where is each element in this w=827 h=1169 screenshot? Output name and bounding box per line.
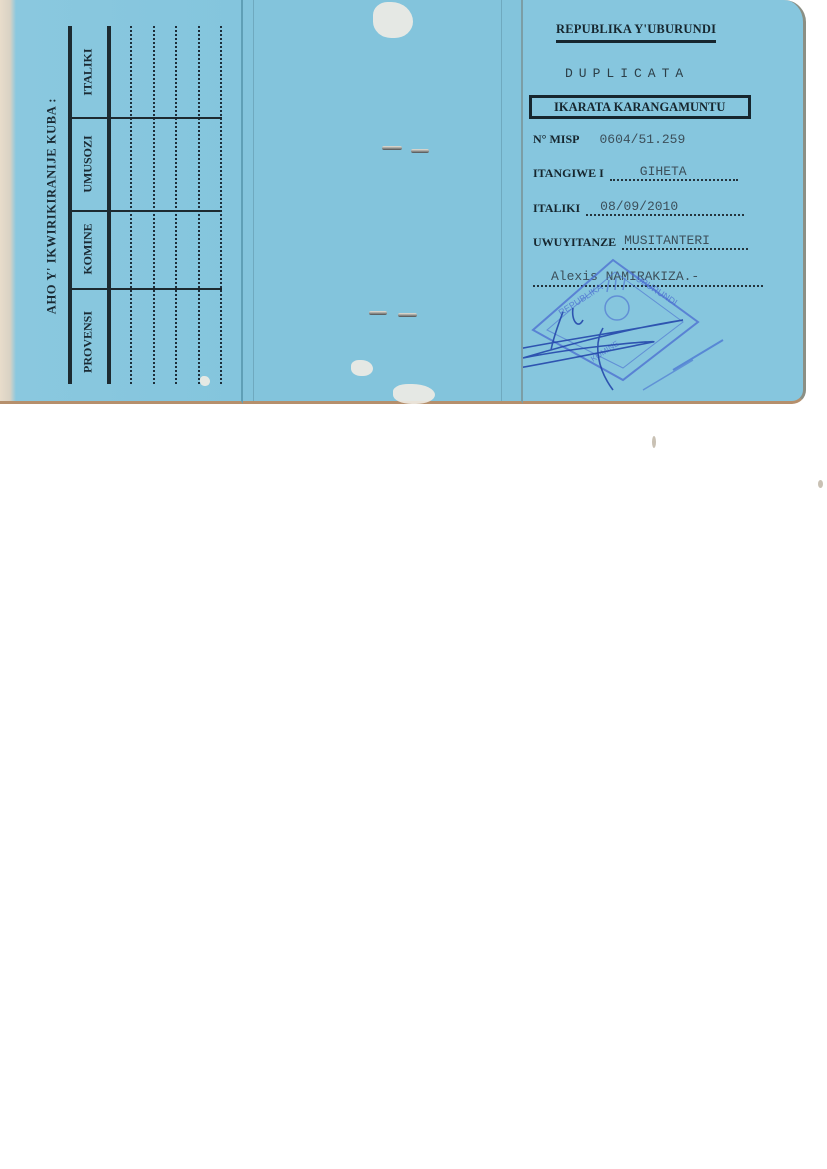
field-label: ITANGIWE I <box>533 166 604 181</box>
staple-icon <box>398 313 417 317</box>
column-separator <box>70 210 222 212</box>
field-label: UWUYITANZE <box>533 235 616 250</box>
card-title: IKARATA KARANGAMUNTU <box>554 100 725 114</box>
residence-table: AHO Y' IKWIRIKIRANIJE KUBA : ITALIKI UMU… <box>40 26 220 386</box>
table-dotted-line <box>175 26 177 384</box>
column-header-umusozi: UMUSOZI <box>81 135 96 192</box>
field-label: ITALIKI <box>533 201 580 216</box>
torn-area-bottom <box>351 360 373 376</box>
staple-icon <box>369 311 387 315</box>
fold-line <box>253 0 254 401</box>
identity-card: AHO Y' IKWIRIKIRANIJE KUBA : ITALIKI UMU… <box>0 0 806 406</box>
fold-line <box>501 0 502 401</box>
scan-speck <box>818 480 823 488</box>
torn-area-top <box>373 2 413 38</box>
card-title-box: IKARATA KARANGAMUNTU <box>529 95 751 119</box>
right-panel-identity: REPUBLIKA Y'UBURUNDI DUPLICATA IKARATA K… <box>523 0 806 404</box>
field-label: N° MISP <box>533 132 579 147</box>
left-panel-residence-table: AHO Y' IKWIRIKIRANIJE KUBA : ITALIKI UMU… <box>0 0 243 404</box>
torn-area-bottom <box>393 384 435 404</box>
scan-speck <box>652 436 656 448</box>
field-date: ITALIKI 08/09/2010 <box>533 200 744 216</box>
field-misp-number: N° MISP 0604/51.259 <box>533 132 685 147</box>
column-header-italiki: ITALIKI <box>81 48 96 95</box>
column-separator <box>70 117 222 119</box>
field-value: 08/09/2010 <box>586 200 744 216</box>
residence-table-title: AHO Y' IKWIRIKIRANIJE KUBA : <box>40 26 64 386</box>
staple-icon <box>411 149 429 153</box>
staple-icon <box>382 146 402 150</box>
duplicate-label: DUPLICATA <box>565 66 689 81</box>
wear-mark <box>200 376 210 386</box>
table-border-left <box>68 26 72 384</box>
field-value: MUSITANTERI <box>622 234 748 250</box>
official-stamp-icon: REPUBLIKA UBURUNDI KOMINE <box>523 250 743 400</box>
table-dotted-line <box>153 26 155 384</box>
table-dotted-line <box>130 26 132 384</box>
middle-panel-spine <box>243 0 523 404</box>
table-header-divider <box>107 26 111 384</box>
field-issued-at: ITANGIWE I GIHETA <box>533 165 738 181</box>
field-issued-by: UWUYITANZE MUSITANTERI <box>533 234 748 250</box>
column-separator <box>70 288 222 290</box>
column-header-provensi: PROVENSI <box>81 311 96 373</box>
republic-header: REPUBLIKA Y'UBURUNDI <box>556 22 716 43</box>
table-dotted-line <box>198 26 200 384</box>
field-value: GIHETA <box>610 165 738 181</box>
column-header-komine: KOMINE <box>81 223 96 274</box>
table-dotted-line <box>220 26 222 384</box>
field-value: 0604/51.259 <box>585 133 685 147</box>
